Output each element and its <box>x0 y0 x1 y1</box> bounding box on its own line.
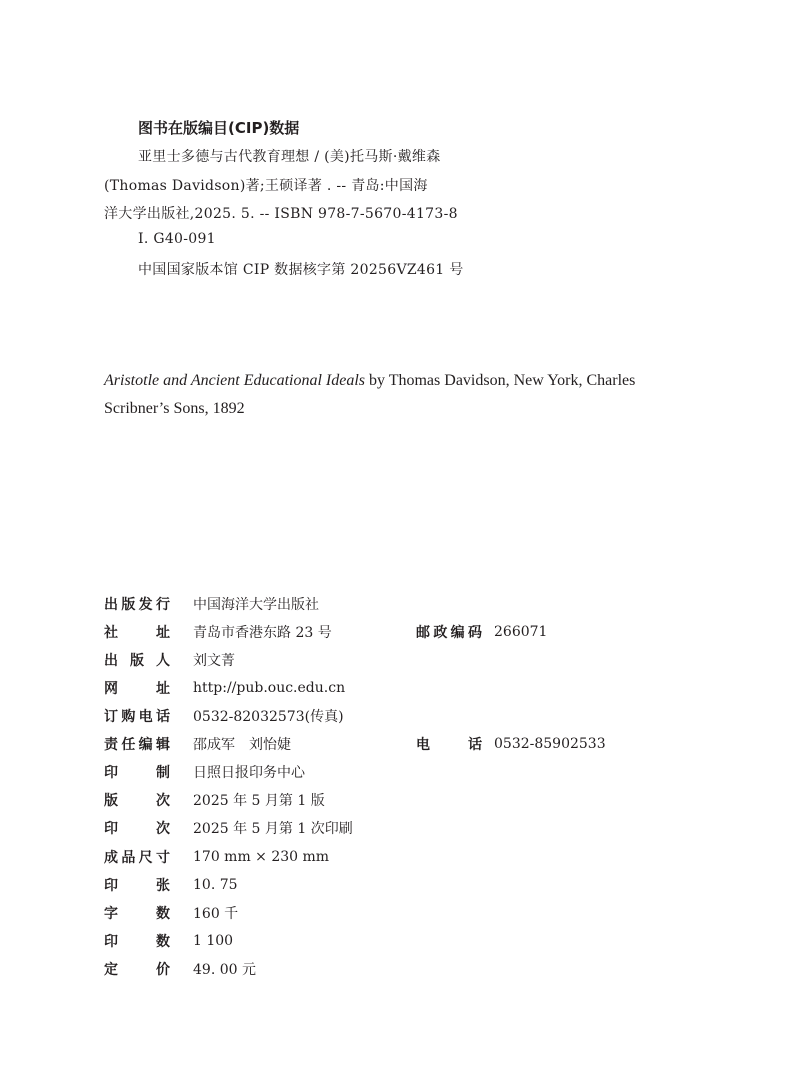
imprint-label: 成品尺寸 <box>104 847 170 867</box>
imprint-label-char: 话 <box>468 734 482 754</box>
imprint-label-secondary: 电话 <box>416 734 482 754</box>
imprint-label-char: 字 <box>104 903 118 923</box>
imprint-label: 定价 <box>104 959 170 979</box>
imprint-label-char: 订 <box>104 706 118 726</box>
imprint-label-char: 码 <box>468 622 482 642</box>
imprint-label-char: 张 <box>156 875 170 895</box>
imprint-label-char: 印 <box>104 875 118 895</box>
imprint-row: 网址http://pub.ouc.edu.cn <box>104 676 170 700</box>
imprint-row: 印数1 100 <box>104 929 170 953</box>
imprint-label: 印制 <box>104 762 170 782</box>
imprint-value: 0532-82032573(传真) <box>193 706 344 726</box>
imprint-label-char: 版 <box>130 650 144 670</box>
imprint-label-char: 出 <box>104 594 118 614</box>
imprint-row: 印制日照日报印务中心 <box>104 760 170 784</box>
imprint-label-char: 电 <box>416 734 430 754</box>
imprint-row: 定价49. 00 元 <box>104 957 170 981</box>
imprint-value: 1 100 <box>193 933 233 949</box>
imprint-row: 责任编辑邵成军 刘怡婕电话0532-85902533 <box>104 732 170 756</box>
imprint-row: 社址青岛市香港东路 23 号邮政编码266071 <box>104 620 170 644</box>
imprint-row: 印张10. 75 <box>104 873 170 897</box>
imprint-label-char: 印 <box>104 818 118 838</box>
imprint-value-secondary: 0532-85902533 <box>494 736 606 752</box>
imprint-row: 印次2025 年 5 月第 1 次印刷 <box>104 816 170 840</box>
imprint-label-char: 行 <box>156 594 170 614</box>
imprint-label: 印次 <box>104 818 170 838</box>
imprint-value: 2025 年 5 月第 1 次印刷 <box>193 818 353 838</box>
imprint-label-char: 政 <box>433 622 447 642</box>
imprint-label-char: 定 <box>104 959 118 979</box>
imprint-label-char: 编 <box>451 622 465 642</box>
imprint-label: 印张 <box>104 875 170 895</box>
imprint-label-char: 址 <box>156 622 170 642</box>
imprint-label: 网址 <box>104 678 170 698</box>
imprint-label: 社址 <box>104 622 170 642</box>
imprint-label: 印数 <box>104 931 170 951</box>
imprint-row: 出版发行中国海洋大学出版社 <box>104 592 170 616</box>
imprint-label-char: 印 <box>104 931 118 951</box>
imprint-label-char: 话 <box>156 706 170 726</box>
imprint-label: 出版人 <box>104 650 170 670</box>
cip-title: 图书在版编目(CIP)数据 <box>138 117 299 138</box>
imprint-label: 版次 <box>104 790 170 810</box>
imprint-label-char: 版 <box>121 594 135 614</box>
imprint-value: 青岛市香港东路 23 号 <box>193 622 332 642</box>
imprint-value: 49. 00 元 <box>193 959 256 979</box>
imprint-value: http://pub.ouc.edu.cn <box>193 680 345 696</box>
imprint-label-char: 寸 <box>156 847 170 867</box>
imprint-label-char: 任 <box>121 734 135 754</box>
imprint-label-char: 成 <box>104 847 118 867</box>
imprint-label: 订购电话 <box>104 706 170 726</box>
cip-line-2: (Thomas Davidson)著;王硕译著 . -- 青岛:中国海 <box>104 175 428 195</box>
imprint-row: 成品尺寸170 mm × 230 mm <box>104 845 170 869</box>
cip-line-1: 亚里士多德与古代教育理想 / (美)托马斯·戴维森 <box>138 146 441 166</box>
imprint-label-char: 责 <box>104 734 118 754</box>
imprint-row: 订购电话0532-82032573(传真) <box>104 704 170 728</box>
imprint-value-secondary: 266071 <box>494 624 547 640</box>
imprint-value: 160 千 <box>193 903 238 923</box>
imprint-label-char: 辑 <box>156 734 170 754</box>
imprint-label-char: 人 <box>156 650 170 670</box>
imprint-label-char: 数 <box>156 931 170 951</box>
imprint-label-char: 印 <box>104 762 118 782</box>
original-publisher-part1: by Thomas Davidson, New York, Charles <box>365 372 635 389</box>
original-title: Aristotle and Ancient Educational Ideals <box>104 372 365 389</box>
imprint-label: 出版发行 <box>104 594 170 614</box>
cip-line-3: 洋大学出版社,2025. 5. -- ISBN 978-7-5670-4173-… <box>104 203 458 223</box>
imprint-value: 10. 75 <box>193 877 238 893</box>
imprint-label-char: 版 <box>104 790 118 810</box>
original-line-1: Aristotle and Ancient Educational Ideals… <box>104 372 635 390</box>
imprint-value: 中国海洋大学出版社 <box>193 594 319 614</box>
imprint-row: 出版人刘文菁 <box>104 648 170 672</box>
imprint-label-char: 编 <box>139 734 153 754</box>
imprint-label-char: 数 <box>156 903 170 923</box>
imprint-label-char: 次 <box>156 818 170 838</box>
imprint-value: 2025 年 5 月第 1 版 <box>193 790 325 810</box>
imprint-label-char: 址 <box>156 678 170 698</box>
imprint-value: 日照日报印务中心 <box>193 762 305 782</box>
imprint-label-char: 社 <box>104 622 118 642</box>
imprint-row: 版次2025 年 5 月第 1 版 <box>104 788 170 812</box>
imprint-label-char: 品 <box>121 847 135 867</box>
imprint-label-char: 邮 <box>416 622 430 642</box>
imprint-label-char: 出 <box>104 650 118 670</box>
imprint-value: 邵成军 刘怡婕 <box>193 734 291 754</box>
imprint-value: 170 mm × 230 mm <box>193 849 329 865</box>
original-line-2: Scribner’s Sons, 1892 <box>104 400 245 418</box>
imprint-label-char: 制 <box>156 762 170 782</box>
imprint-label: 责任编辑 <box>104 734 170 754</box>
imprint-label-char: 发 <box>139 594 153 614</box>
imprint-label-char: 次 <box>156 790 170 810</box>
imprint-label-char: 电 <box>139 706 153 726</box>
imprint-label-char: 尺 <box>139 847 153 867</box>
cip-verification-number: 中国国家版本馆 CIP 数据核字第 20256VZ461 号 <box>138 259 464 279</box>
imprint-label-char: 网 <box>104 678 118 698</box>
imprint-row: 字数160 千 <box>104 901 170 925</box>
imprint-value: 刘文菁 <box>193 650 235 670</box>
imprint-label-secondary: 邮政编码 <box>416 622 482 642</box>
imprint-label: 字数 <box>104 903 170 923</box>
imprint-label-char: 购 <box>121 706 135 726</box>
imprint-label-char: 价 <box>156 959 170 979</box>
cip-classification: Ⅰ. G40-091 <box>138 231 216 247</box>
